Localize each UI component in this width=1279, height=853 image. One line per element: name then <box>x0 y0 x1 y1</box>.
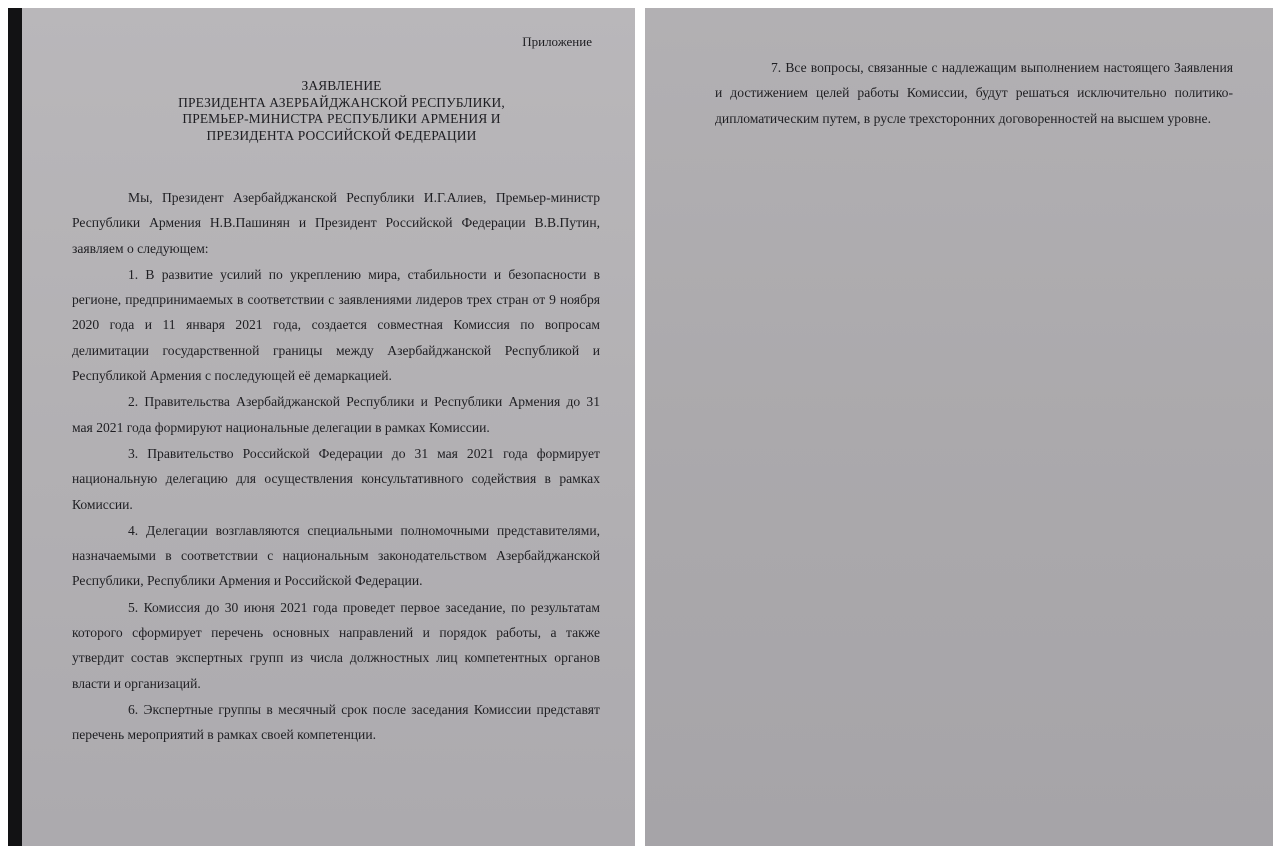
clause-6: 6. Экспертные группы в месячный срок пос… <box>72 697 600 748</box>
clause-3: 3. Правительство Российской Федерации до… <box>72 441 600 517</box>
clause-2: 2. Правительства Азербайджанской Республ… <box>72 389 600 440</box>
clause-7: 7. Все вопросы, связанные с надлежащим в… <box>715 55 1233 131</box>
document-page-right: 7. Все вопросы, связанные с надлежащим в… <box>645 8 1273 846</box>
statement-body-continued: 7. Все вопросы, связанные с надлежащим в… <box>715 55 1233 131</box>
statement-body: Мы, Президент Азербайджанской Республики… <box>72 185 600 749</box>
clause-1: 1. В развитие усилий по укреплению мира,… <box>72 262 600 388</box>
document-page-left: Приложение ЗАЯВЛЕНИЕ ПРЕЗИДЕНТА АЗЕРБАЙД… <box>8 8 635 846</box>
title-line: ПРЕМЬЕР-МИНИСТРА РЕСПУБЛИКИ АРМЕНИЯ И <box>68 111 615 128</box>
clause-4: 4. Делегации возглавляются специальными … <box>72 518 600 594</box>
statement-title: ЗАЯВЛЕНИЕ ПРЕЗИДЕНТА АЗЕРБАЙДЖАНСКОЙ РЕС… <box>68 78 615 144</box>
title-line: ПРЕЗИДЕНТА АЗЕРБАЙДЖАНСКОЙ РЕСПУБЛИКИ, <box>68 95 615 112</box>
title-line: ПРЕЗИДЕНТА РОССИЙСКОЙ ФЕДЕРАЦИИ <box>68 128 615 145</box>
page-shadow-edge <box>8 8 22 846</box>
preamble-paragraph: Мы, Президент Азербайджанской Республики… <box>72 185 600 261</box>
appendix-label: Приложение <box>522 34 592 50</box>
title-line: ЗАЯВЛЕНИЕ <box>68 78 615 95</box>
clause-5: 5. Комиссия до 30 июня 2021 года проведе… <box>72 595 600 696</box>
